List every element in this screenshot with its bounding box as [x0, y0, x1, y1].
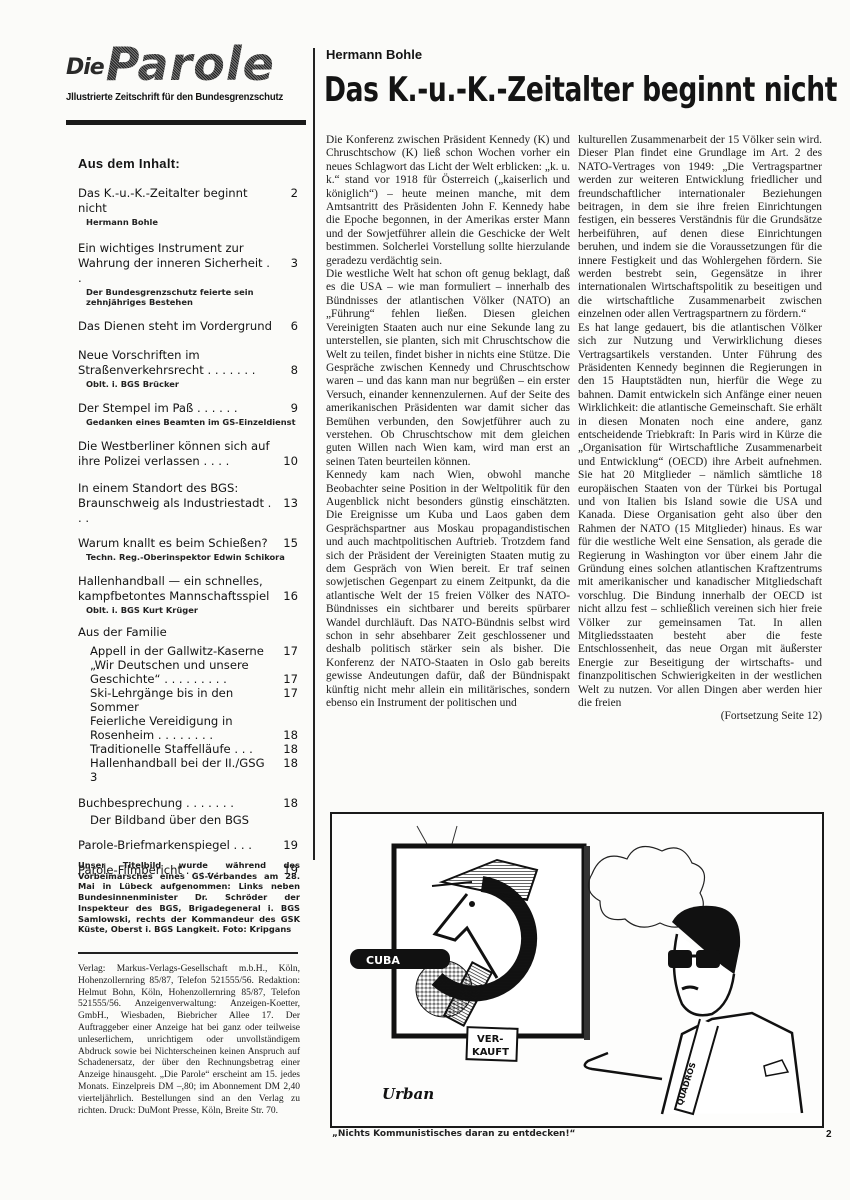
toc-entry[interactable]: Buchbesprechung . . . . . . . 18 Der Bil…: [78, 796, 298, 828]
imprint-rule: [78, 952, 298, 954]
toc-entry-page: 19: [283, 838, 298, 853]
toc-entry-title: Hallenhandball — ein schnelles, kampfbet…: [78, 574, 298, 604]
toc-entry[interactable]: Die Westberliner können sich auf ihre Po…: [78, 439, 298, 469]
article-column-2: kulturellen Zusammenarbeit der 15 Völker…: [578, 134, 822, 724]
toc-entry-subtitle: Der Bundesgrenzschutz feierte sein zehnj…: [78, 287, 298, 307]
article-headline: Das K.-u.-K.-Zeitalter beginnt nicht: [324, 70, 722, 110]
toc-group-item-title: Hallenhandball bei der II./GSG 3: [90, 756, 265, 784]
column-divider: [313, 48, 315, 860]
toc-group-item[interactable]: Traditionelle Staffelläufe . . .18: [90, 742, 298, 756]
toc-group-item-title: Traditionelle Staffelläufe . . .: [90, 742, 253, 756]
toc-entry[interactable]: Das Dienen steht im Vordergrund 6: [78, 319, 298, 334]
toc-group-item[interactable]: Appell in der Gallwitz-Kaserne17: [90, 644, 298, 658]
page-number: 2: [826, 1129, 832, 1140]
toc-entry-title: Neue Vorschriften im Straßenverkehrsrech…: [78, 348, 298, 378]
toc-entry[interactable]: Neue Vorschriften im Straßenverkehrsrech…: [78, 348, 298, 389]
toc-heading: Aus dem Inhalt:: [78, 156, 180, 171]
toc-entry-title: Parole-Briefmarkenspiegel . . .: [78, 838, 298, 853]
toc-entry-page: 18: [283, 796, 298, 811]
toc-entry-title: Warum knallt es beim Schießen?: [78, 536, 298, 551]
toc-entry-page: 9: [291, 401, 298, 416]
political-cartoon: CUBA VER- KAUFT QUADROS Urban: [330, 812, 824, 1128]
article-paragraph: Es hat lange gedauert, bis die atlantisc…: [578, 322, 822, 711]
toc-group-item-page: 18: [283, 756, 298, 770]
toc-entry[interactable]: Der Stempel im Paß . . . . . . 9 Gedanke…: [78, 401, 298, 427]
toc-entry-page: 15: [283, 536, 298, 551]
article-column-1: Die Konferenz zwischen Präsident Kennedy…: [326, 134, 570, 710]
continuation-note: (Fortsetzung Seite 12): [578, 710, 822, 723]
toc-group-item-page: 17: [283, 686, 298, 700]
svg-text:Urban: Urban: [382, 1085, 434, 1103]
toc-group-item-title: Ski-Lehrgänge bis in den Sommer: [90, 686, 233, 714]
toc-entry-title: Die Westberliner können sich auf ihre Po…: [78, 439, 298, 469]
publisher-imprint: Verlag: Markus-Verlags-Gesellschaft m.b.…: [78, 964, 300, 1117]
toc-group-item[interactable]: Feierliche Vereidigung in Rosenheim . . …: [90, 714, 298, 742]
svg-text:CUBA: CUBA: [366, 954, 400, 967]
article-author: Hermann Bohle: [326, 47, 422, 62]
article-paragraph: Die Konferenz zwischen Präsident Kennedy…: [326, 134, 570, 268]
toc-group-item-page: 18: [283, 742, 298, 756]
toc-entry-page: 3: [291, 256, 298, 271]
toc-group-item-title: Feierliche Vereidigung in Rosenheim . . …: [90, 714, 233, 742]
toc-entry-page: 10: [283, 454, 298, 469]
toc-entry-author: Oblt. i. BGS Brücker: [78, 379, 298, 389]
toc-entry-subtitle: Gedanken eines Beamten im GS-Einzeldiens…: [78, 417, 298, 427]
toc-entry-title: In einem Standort des BGS: Braunschweig …: [78, 481, 298, 526]
toc-group-item[interactable]: „Wir Deutschen und unsere Geschichte“ . …: [90, 658, 298, 686]
toc-entry-page: 8: [291, 363, 298, 378]
toc-entry-title: Ein wichtiges Instrument zur Wahrung der…: [78, 241, 298, 286]
toc-entry[interactable]: Hallenhandball — ein schnelles, kampfbet…: [78, 574, 298, 615]
table-of-contents: Das K.-u.-K.-Zeitalter beginnt nicht 2 H…: [78, 186, 298, 888]
toc-entry-page: 16: [283, 589, 298, 604]
article-paragraph: Die westliche Welt hat schon oft genug b…: [326, 268, 570, 469]
article-paragraph: kulturellen Zusammenarbeit der 15 Völker…: [578, 134, 822, 322]
toc-group-item[interactable]: Hallenhandball bei der II./GSG 318: [90, 756, 298, 784]
toc-entry-page: 2: [291, 186, 298, 201]
toc-group-item-page: 17: [283, 672, 298, 686]
toc-entry-author: Oblt. i. BGS Kurt Krüger: [78, 605, 298, 615]
masthead-logo: DieParole: [66, 42, 306, 86]
toc-entry[interactable]: Parole-Briefmarkenspiegel . . . 19: [78, 838, 298, 853]
toc-entry[interactable]: In einem Standort des BGS: Braunschweig …: [78, 481, 298, 526]
toc-entry-title: Das K.-u.-K.-Zeitalter beginnt nicht: [78, 186, 298, 216]
toc-group-item-page: 17: [283, 644, 298, 658]
toc-entry-title: Das Dienen steht im Vordergrund: [78, 319, 298, 334]
toc-entry-author: Techn. Reg.-Oberinspektor Edwin Schikora: [78, 552, 298, 562]
toc-entry[interactable]: Ein wichtiges Instrument zur Wahrung der…: [78, 241, 298, 307]
toc-group-item-page: 18: [283, 728, 298, 742]
masthead-rule: [66, 120, 306, 125]
cartoon-caption: „Nichts Kommunistisches daran zu entdeck…: [332, 1129, 575, 1139]
logo-die: Die: [66, 55, 104, 80]
toc-entry[interactable]: Warum knallt es beim Schießen? 15 Techn.…: [78, 536, 298, 562]
masthead-subtitle: Jllustrierte Zeitschrift für den Bundesg…: [66, 92, 287, 103]
toc-entry-title: Buchbesprechung . . . . . . .: [78, 796, 298, 811]
toc-entry-title: Der Stempel im Paß . . . . . .: [78, 401, 298, 416]
toc-group-item[interactable]: Ski-Lehrgänge bis in den Sommer17: [90, 686, 298, 714]
toc-entry-author: Hermann Bohle: [78, 217, 298, 227]
toc-group-item-title: Appell in der Gallwitz-Kaserne: [90, 644, 264, 658]
toc-entry-page: 13: [283, 496, 298, 511]
cartoon-illustration-icon: CUBA VER- KAUFT QUADROS Urban: [332, 814, 822, 1126]
article-paragraph: Kennedy kam nach Wien, obwohl manche Beo…: [326, 469, 570, 710]
toc-group-item-title: „Wir Deutschen und unsere Geschichte“ . …: [90, 658, 249, 686]
logo-parole: Parole: [106, 37, 275, 91]
cover-photo-caption: Unser Titelbild wurde während des Vorbei…: [78, 860, 300, 935]
toc-entry-page: 6: [291, 319, 298, 334]
svg-text:VER-: VER-: [477, 1034, 503, 1045]
toc-entry-subtitle: Der Bildband über den BGS: [78, 813, 298, 828]
svg-text:KAUFT: KAUFT: [472, 1047, 509, 1058]
toc-entry[interactable]: Das K.-u.-K.-Zeitalter beginnt nicht 2 H…: [78, 186, 298, 227]
toc-group-title: Aus der Familie: [78, 625, 298, 640]
toc-group-family: Aus der Familie Appell in der Gallwitz-K…: [78, 625, 298, 784]
